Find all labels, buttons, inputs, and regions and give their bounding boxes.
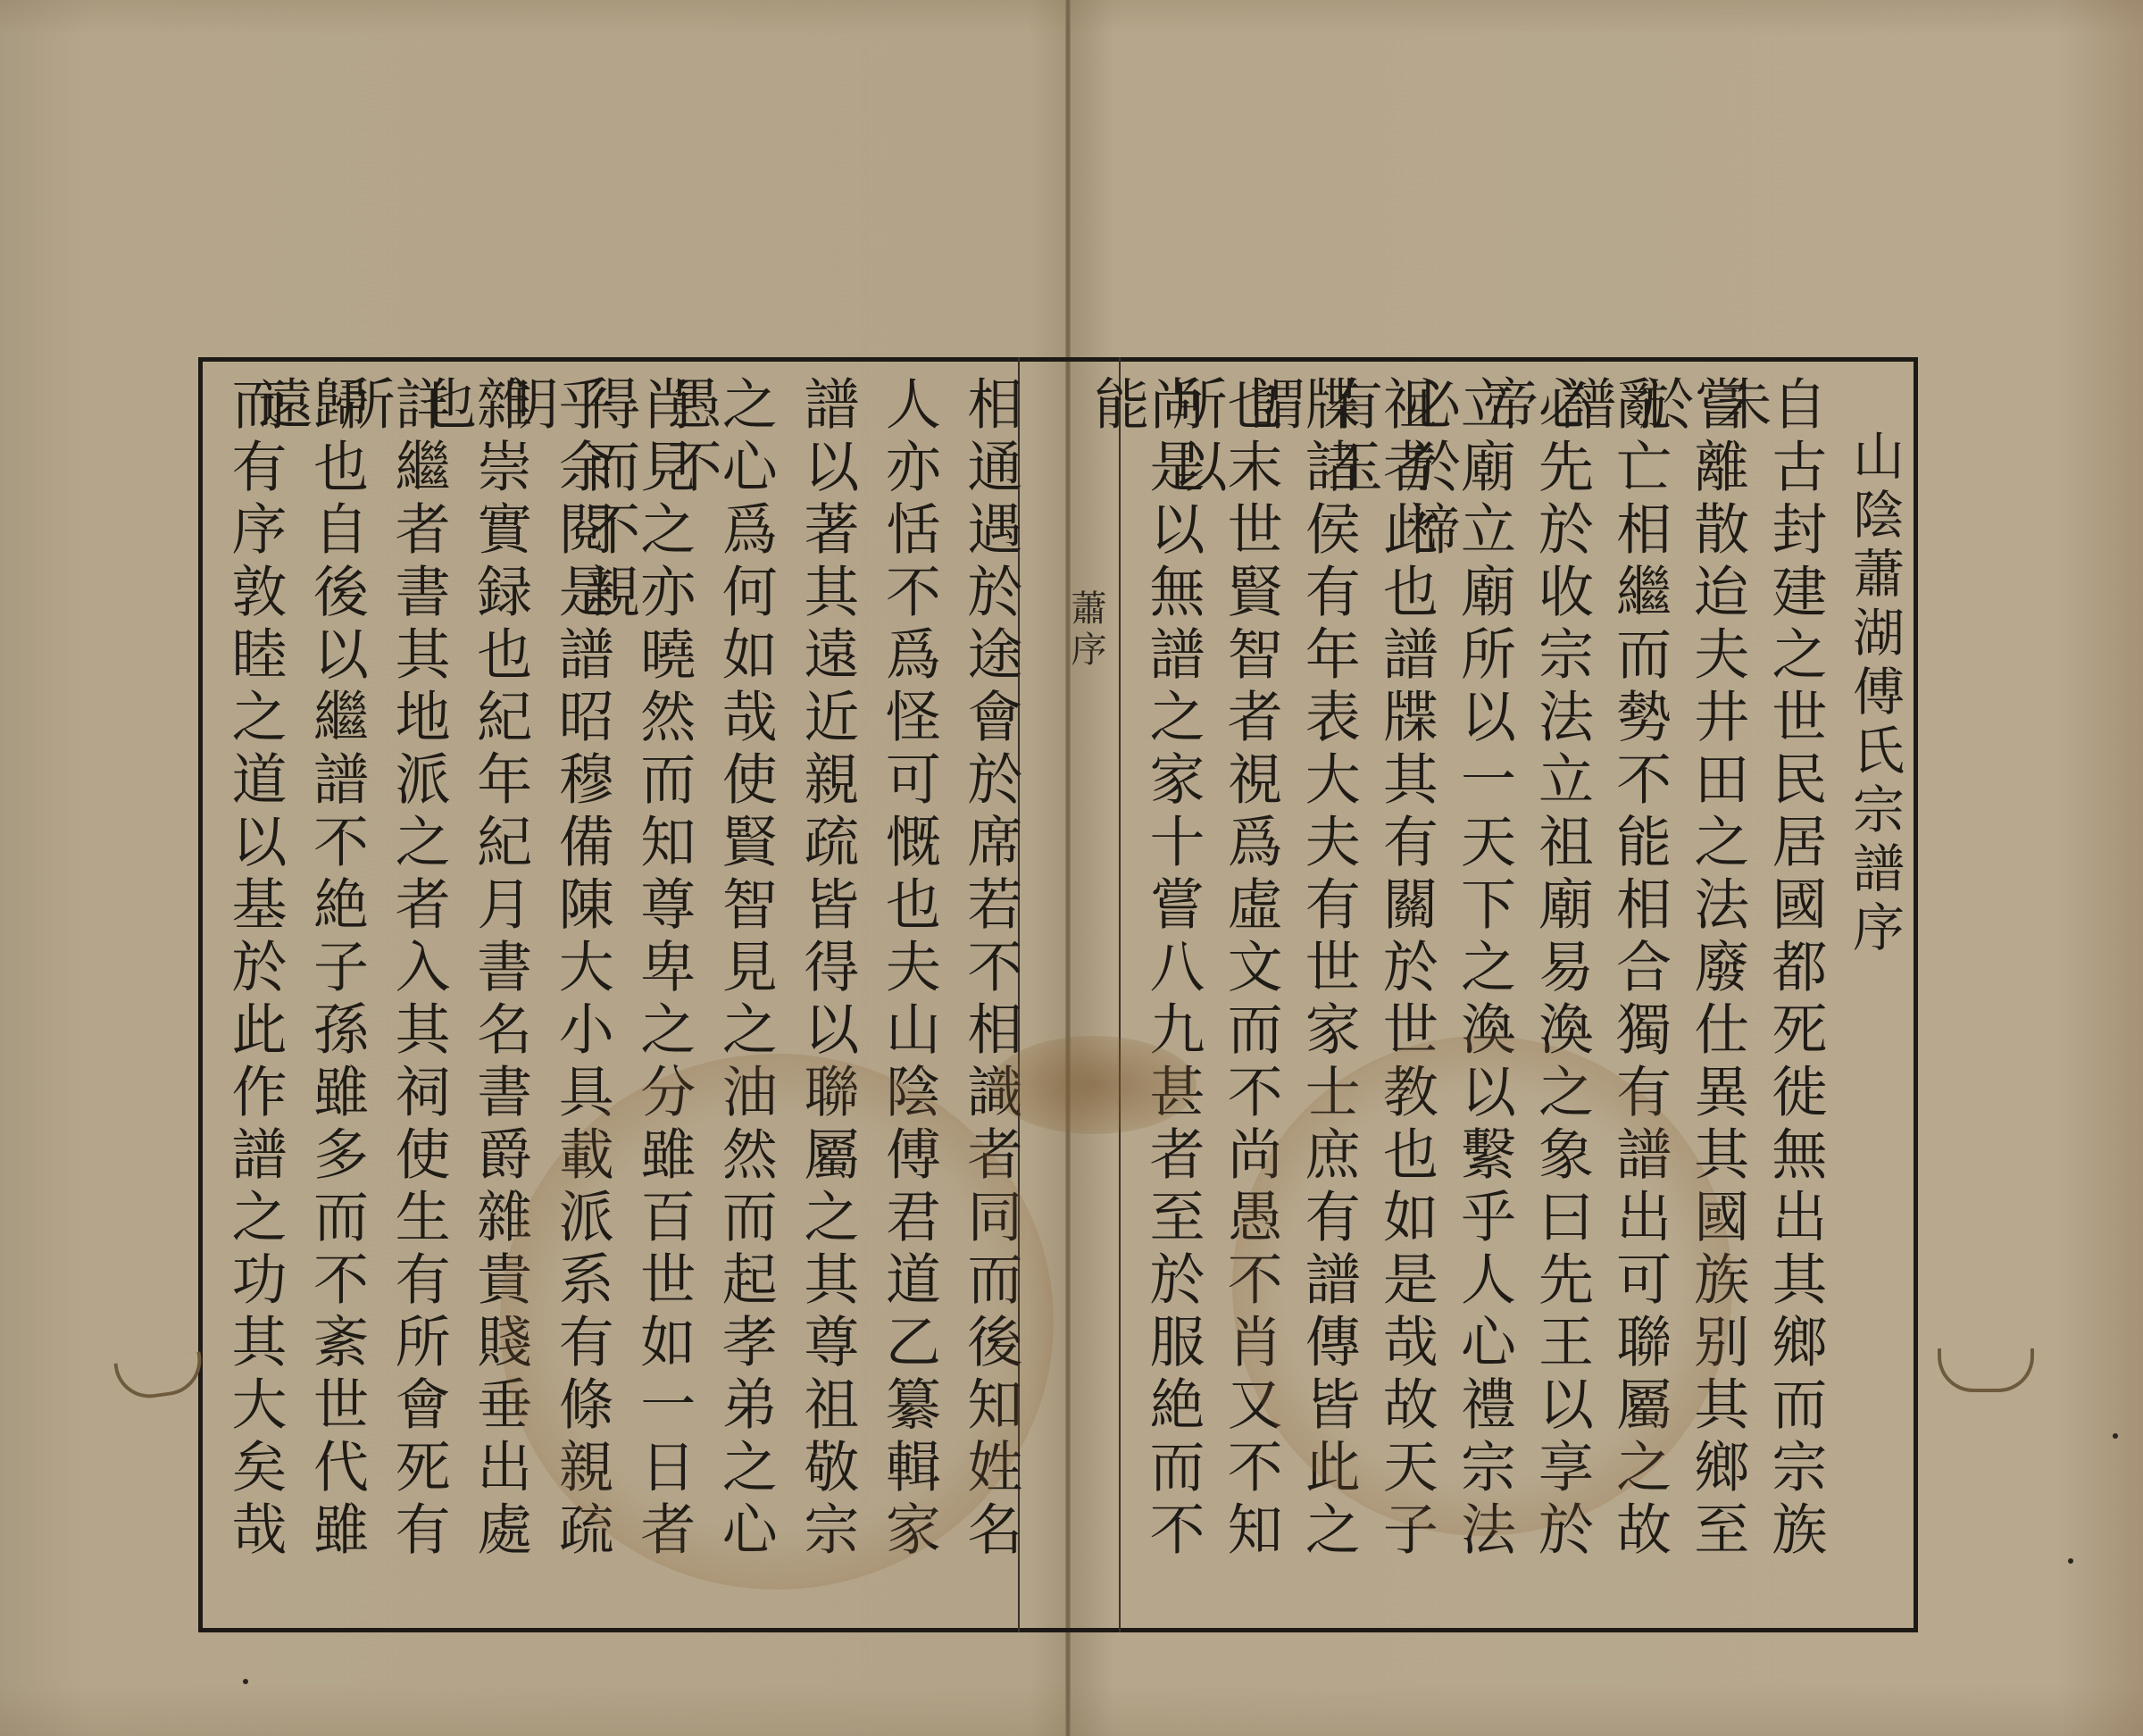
- text-column: 尚是以無譜之家十嘗八九甚者至於服絶而不能: [1132, 375, 1200, 1616]
- text-column: 而有序敦睦之道以基於此作譜之功其大矣哉: [214, 375, 282, 1616]
- text-column: 相通遇於途會於席若不相識者同而後知姓名: [950, 375, 1018, 1616]
- text-column: 必先於收宗法立祖廟易渙之象曰先王以享於帝: [1522, 375, 1589, 1616]
- right-page-text-columns: 山陰蕭湖傅氏宗譜序 自古封建之世民居國都死徙無出其鄉而宗族未 嘗離散迨夫井田之法…: [1132, 375, 1900, 1616]
- ink-speck: [2068, 1558, 2073, 1564]
- text-column: 亂亡相繼而勢不能相合獨有譜出可聯屬之故譜: [1599, 375, 1667, 1616]
- book-spread: 蕭序 山陰蕭湖傅氏宗譜序 自古封建之世民居國都死徙無出其鄉而宗族未 嘗離散迨夫井…: [0, 0, 2143, 1736]
- text-column: 也末世賢智者視爲虛文而不尚愚不肖又不知所以: [1210, 375, 1278, 1616]
- text-column: 詳繼者書其地派之者入其祠使生有所會死有所: [378, 375, 446, 1616]
- text-column: 譜以著其遠近親疏皆得以聯屬之其尊祖敬宗: [787, 375, 855, 1616]
- water-stain-center: [991, 1036, 1197, 1134]
- text-column: 自古封建之世民居國都死徙無出其鄉而宗族未: [1755, 375, 1822, 1616]
- text-column: 嘗離散迨夫井田之法廢仕異其國族别其鄉至於: [1677, 375, 1745, 1616]
- text-column: 肖見之亦曉然而知尊卑之分雖百世如一日者得而不親: [623, 375, 691, 1616]
- left-page-text-columns: 相通遇於途會於席若不相識者同而後知姓名 人亦恬不爲怪可慨也夫山陰傅君道乙纂輯家 …: [214, 375, 1018, 1616]
- ink-speck: [2113, 1433, 2118, 1439]
- preface-title: 山陰蕭湖傅氏宗譜序: [1832, 375, 1900, 1616]
- text-column: 雜崇實録也紀年紀月書名書爵雜貴賤垂出處也: [460, 375, 528, 1616]
- spine-abbreviated-title: 蕭序: [1061, 589, 1112, 672]
- text-column: 人亦恬不爲怪可慨也夫山陰傅君道乙纂輯家: [868, 375, 936, 1616]
- text-column: 之心爲何如哉使賢智見之油然而起孝弟之心愚不: [705, 375, 772, 1616]
- text-column: 牒諸侯有年表大夫有世家士庶有譜傳皆此之謂: [1288, 375, 1355, 1616]
- ink-speck: [243, 1679, 248, 1684]
- text-column: 立廟立廟所以一天下之渙以繫乎人心禮宗法必於禘: [1443, 375, 1511, 1616]
- center-fold-margin: [1018, 357, 1121, 1632]
- text-column: 歸也自後以繼譜不絶子孫雖多而不紊世代雖遠: [296, 375, 364, 1616]
